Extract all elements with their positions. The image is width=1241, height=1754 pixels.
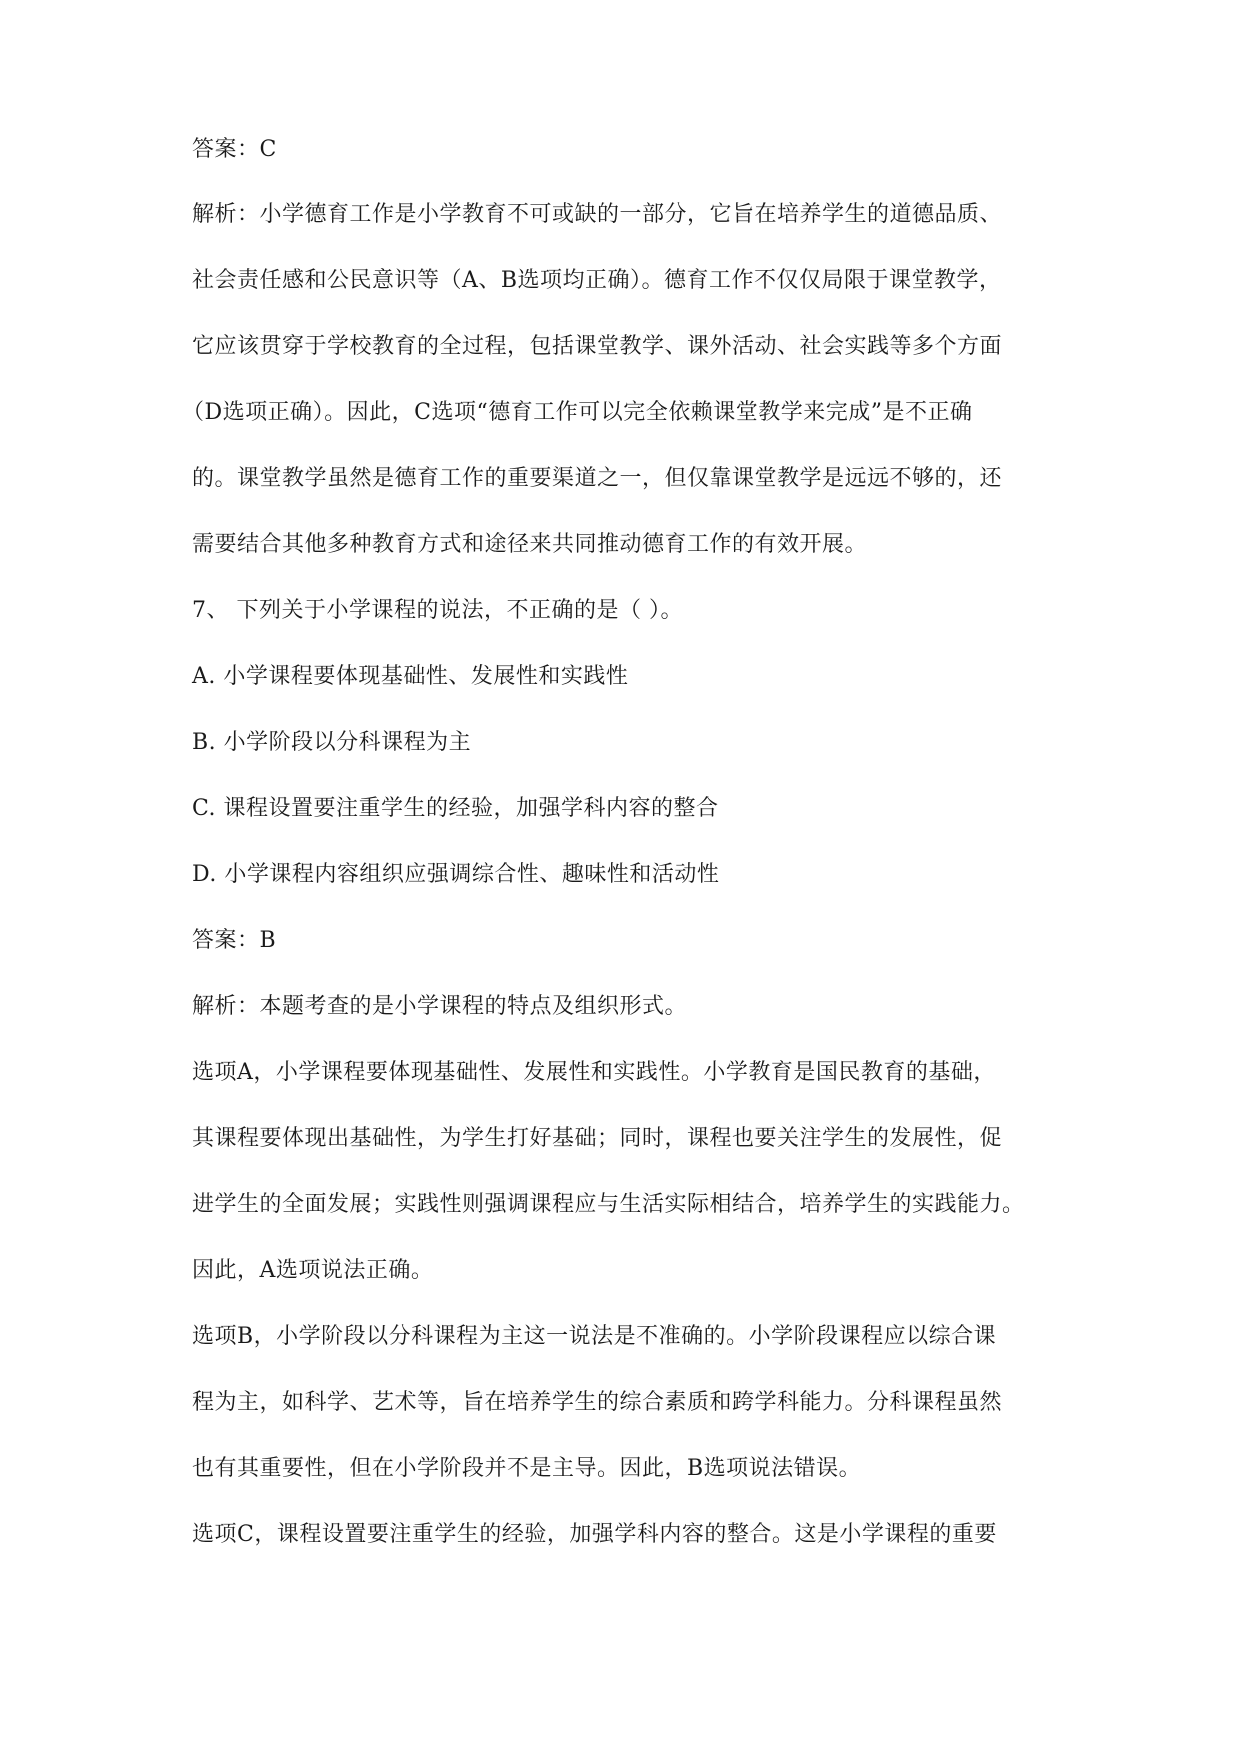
analysis-line: 也有其重要性，但在小学阶段并不是主导。因此，B选项说法错误。	[192, 1454, 861, 1484]
answer-line-q6: 答案：C	[192, 135, 277, 165]
analysis-line: 进学生的全面发展；实践性则强调课程应与生活实际相结合，培养学生的实践能力。	[192, 1190, 1025, 1220]
document-page: 答案：C 解析：小学德育工作是小学教育不可或缺的一部分，它旨在培养学生的道德品质…	[0, 0, 1241, 1754]
analysis-line: 因此，A选项说法正确。	[192, 1256, 433, 1286]
analysis-line: 它应该贯穿于学校教育的全过程，包括课堂教学、课外活动、社会实践等多个方面	[192, 332, 1002, 362]
option-b: B. 小学阶段以分科课程为主	[192, 728, 471, 758]
answer-line-q7: 答案：B	[192, 926, 276, 956]
question-7-title: 7、 下列关于小学课程的说法，不正确的是（ ）。	[192, 596, 683, 626]
analysis-line: 解析：小学德育工作是小学教育不可或缺的一部分，它旨在培养学生的道德品质、	[192, 200, 1002, 230]
analysis-line: 选项C，课程设置要注重学生的经验，加强学科内容的整合。这是小学课程的重要	[192, 1520, 997, 1550]
analysis-line: （D选项正确）。因此，C选项“德育工作可以完全依赖课堂教学来完成”是不正确	[182, 398, 972, 428]
analysis-line: 选项B，小学阶段以分科课程为主这一说法是不准确的。小学阶段课程应以综合课	[192, 1322, 996, 1352]
option-a: A. 小学课程要体现基础性、发展性和实践性	[192, 662, 628, 692]
analysis-line: 的。课堂教学虽然是德育工作的重要渠道之一，但仅靠课堂教学是远远不够的，还	[192, 464, 1002, 494]
analysis-line: 需要结合其他多种教育方式和途径来共同推动德育工作的有效开展。	[192, 530, 867, 560]
analysis-line: 其课程要体现出基础性，为学生打好基础；同时，课程也要关注学生的发展性，促	[192, 1124, 1002, 1154]
analysis-line: 程为主，如科学、艺术等，旨在培养学生的综合素质和跨学科能力。分科课程虽然	[192, 1388, 1002, 1418]
option-d: D. 小学课程内容组织应强调综合性、趣味性和活动性	[192, 860, 719, 890]
analysis-line: 社会责任感和公民意识等（A、B选项均正确）。德育工作不仅仅局限于课堂教学，	[192, 266, 1002, 296]
option-c: C. 课程设置要注重学生的经验，加强学科内容的整合	[192, 794, 719, 824]
analysis-line: 解析：本题考查的是小学课程的特点及组织形式。	[192, 992, 687, 1022]
analysis-line: 选项A，小学课程要体现基础性、发展性和实践性。小学教育是国民教育的基础，	[192, 1058, 996, 1088]
